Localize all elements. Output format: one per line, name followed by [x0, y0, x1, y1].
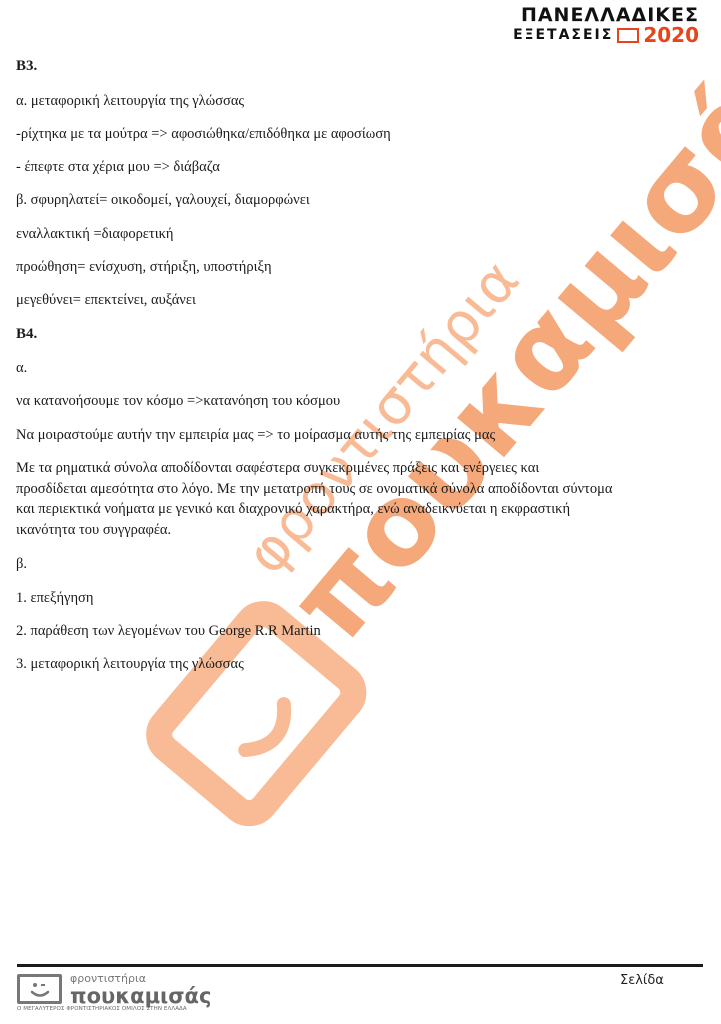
brand-subtitle: ΕΞΕΤΑΣΕΙΣ — [513, 26, 613, 44]
logo-text-big: πουκαμισάς — [70, 985, 211, 1007]
smiley-logo-icon — [17, 974, 62, 1004]
text-line: προώθηση= ενίσχυση, στήριξη, υποστήριξη — [16, 259, 272, 276]
exam-brand-logo: ΠΑΝΕΛΛΑΔΙΚΕΣ ΕΞΕΤΑΣΕΙΣ 2020 — [513, 4, 699, 44]
text-line: να κατανοήσουμε τον κόσμο =>κατανόηση το… — [16, 393, 340, 410]
paragraph-line: Με τα ρηματικά σύνολα αποδίδονται σαφέστ… — [16, 458, 696, 479]
text-line: - έπεφτε στα χέρια μου => διάβαζα — [16, 159, 220, 176]
paragraph-line: και περιεκτικά νοήματα με γενικό και δια… — [16, 499, 696, 520]
footer-logo: φροντιστήρια πουκαμισάς — [17, 972, 211, 1007]
text-line: εναλλακτική =διαφορετική — [16, 226, 174, 243]
paragraph-line: προσδίδεται αμεσότητα στο λόγο. Με την μ… — [16, 479, 696, 500]
text-line: β. — [16, 556, 27, 573]
list-item: 1. επεξήγηση — [16, 590, 93, 607]
page-label: Σελίδα — [620, 973, 664, 988]
explanation-paragraph: Με τα ρηματικά σύνολα αποδίδονται σαφέστ… — [16, 458, 696, 540]
list-item: 3. μεταφορική λειτουργία της γλώσσας — [16, 656, 244, 673]
text-line: -ρίχτηκα με τα μούτρα => αφοσιώθηκα/επιδ… — [16, 126, 391, 143]
text-line: α. — [16, 360, 27, 377]
section-heading-b4: Β4. — [16, 326, 37, 343]
text-line: β. σφυρηλατεί= οικοδομεί, γαλουχεί, διαμ… — [16, 192, 310, 209]
logo-tagline: Ο ΜΕΓΑΛΥΤΕΡΟΣ ΦΡΟΝΤΙΣΤΗΡΙΑΚΟΣ ΟΜΙΛΟΣ ΣΤΗ… — [17, 1006, 187, 1012]
brand-year: 2020 — [643, 26, 699, 44]
text-line: μεγεθύνει= επεκτείνει, αυξάνει — [16, 292, 196, 309]
text-line: Να μοιραστούμε αυτήν την εμπειρία μας =>… — [16, 427, 495, 444]
footer-divider — [17, 964, 703, 967]
text-line: α. μεταφορική λειτουργία της γλώσσας — [16, 93, 244, 110]
paragraph-line: ικανότητα του συγγραφέα. — [16, 520, 696, 541]
list-item: 2. παράθεση των λεγομένων του George R.R… — [16, 623, 321, 640]
smiley-box-icon — [617, 28, 639, 43]
section-heading-b3: Β3. — [16, 58, 37, 75]
